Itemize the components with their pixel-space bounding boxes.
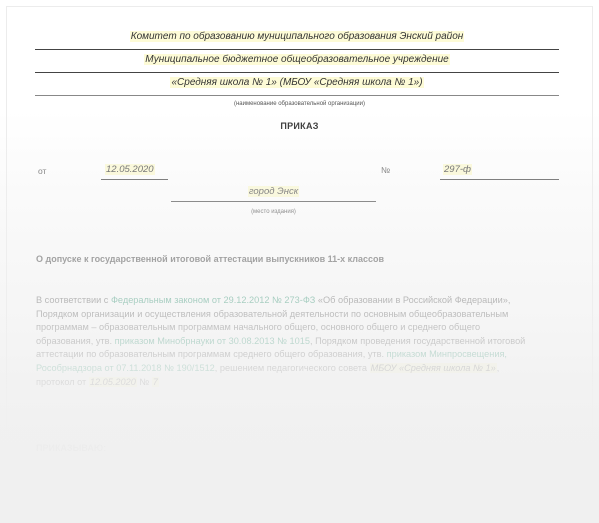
institution-name-line: «Средняя школа № 1» (МБОУ «Средняя школа… xyxy=(35,76,559,96)
minobrnauki-order-link[interactable]: приказом Минобрнауки от 30.08.2013 № 101… xyxy=(115,336,310,346)
order-title: ПРИКАЗ xyxy=(0,121,599,131)
number-field[interactable]: 297-ф xyxy=(440,163,559,180)
institution-name-field[interactable]: «Средняя школа № 1» (МБОУ «Средняя школа… xyxy=(170,77,423,88)
number-value: 297-ф xyxy=(443,164,472,175)
command-heading: ПРИКАЗЫВАЮ: xyxy=(36,443,106,453)
place-field[interactable]: город Энск xyxy=(171,185,376,202)
order-subject: О допуске к государственной итоговой атт… xyxy=(36,254,384,264)
date-value: 12.05.2020 xyxy=(105,164,155,175)
date-label: от xyxy=(38,166,46,176)
preamble-text: В соответствии с xyxy=(36,295,111,305)
number-label: № xyxy=(381,165,390,175)
protocol-number-field[interactable]: 7 xyxy=(152,377,159,387)
institution-type-field[interactable]: Муниципальное бюджетное общеобразователь… xyxy=(144,54,449,65)
institution-caption: (наименование образовательной организаци… xyxy=(0,101,599,107)
committee-line: Комитет по образованию муниципального об… xyxy=(35,30,559,50)
school-field[interactable]: МБОУ «Средняя школа № 1» xyxy=(370,363,497,373)
institution-type-line: Муниципальное бюджетное общеобразователь… xyxy=(35,53,559,73)
preamble-text: , решением педагогического совета xyxy=(215,363,370,373)
protocol-date-field[interactable]: 12.05.2020 xyxy=(89,377,137,387)
date-field[interactable]: 12.05.2020 xyxy=(101,163,168,180)
preamble-text: № xyxy=(137,377,152,387)
federal-law-link[interactable]: Федеральным законом от 29.12.2012 № 273-… xyxy=(111,295,315,305)
order-preamble: В соответствии с Федеральным законом от … xyxy=(36,294,536,389)
place-caption: (место издания) xyxy=(171,209,376,215)
committee-field[interactable]: Комитет по образованию муниципального об… xyxy=(130,31,465,42)
place-value: город Энск xyxy=(248,186,299,197)
